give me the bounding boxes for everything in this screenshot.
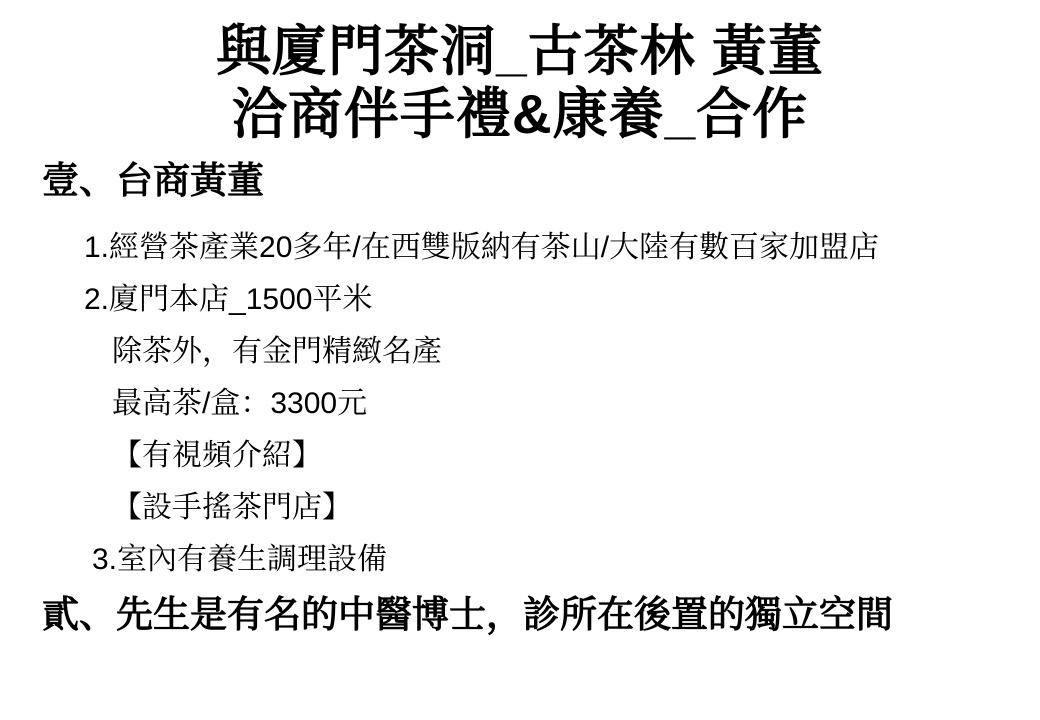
list-item: 【有視頻介紹】	[0, 430, 1040, 482]
slide-title: 與廈門茶洞_古茶林 黃董 洽商伴手禮&康養_合作	[0, 0, 1040, 146]
slide-title-line-1: 與廈門茶洞_古茶林 黃董	[0, 20, 1040, 83]
list-item: 最高茶/盒：3300元	[0, 378, 1040, 430]
list-item: 3.室內有養生調理設備	[0, 534, 1040, 586]
list-item: 2.廈門本店_1500平米	[0, 274, 1040, 326]
section-2-heading: 貳、先生是有名的中醫博士，診所在後置的獨立空間	[0, 592, 1040, 638]
list-item: 1.經營茶產業20多年/在西雙版納有茶山/大陸有數百家加盟店	[0, 222, 1040, 274]
section-1-body: 1.經營茶產業20多年/在西雙版納有茶山/大陸有數百家加盟店 2.廈門本店_15…	[0, 222, 1040, 586]
list-item: 【設手搖茶門店】	[0, 482, 1040, 534]
section-1-heading: 壹、台商黃董	[0, 158, 1040, 204]
slide: 與廈門茶洞_古茶林 黃董 洽商伴手禮&康養_合作 壹、台商黃董 1.經營茶產業2…	[0, 0, 1040, 720]
slide-title-line-2: 洽商伴手禮&康養_合作	[0, 83, 1040, 146]
list-item: 除茶外，有金門精緻名產	[0, 326, 1040, 378]
